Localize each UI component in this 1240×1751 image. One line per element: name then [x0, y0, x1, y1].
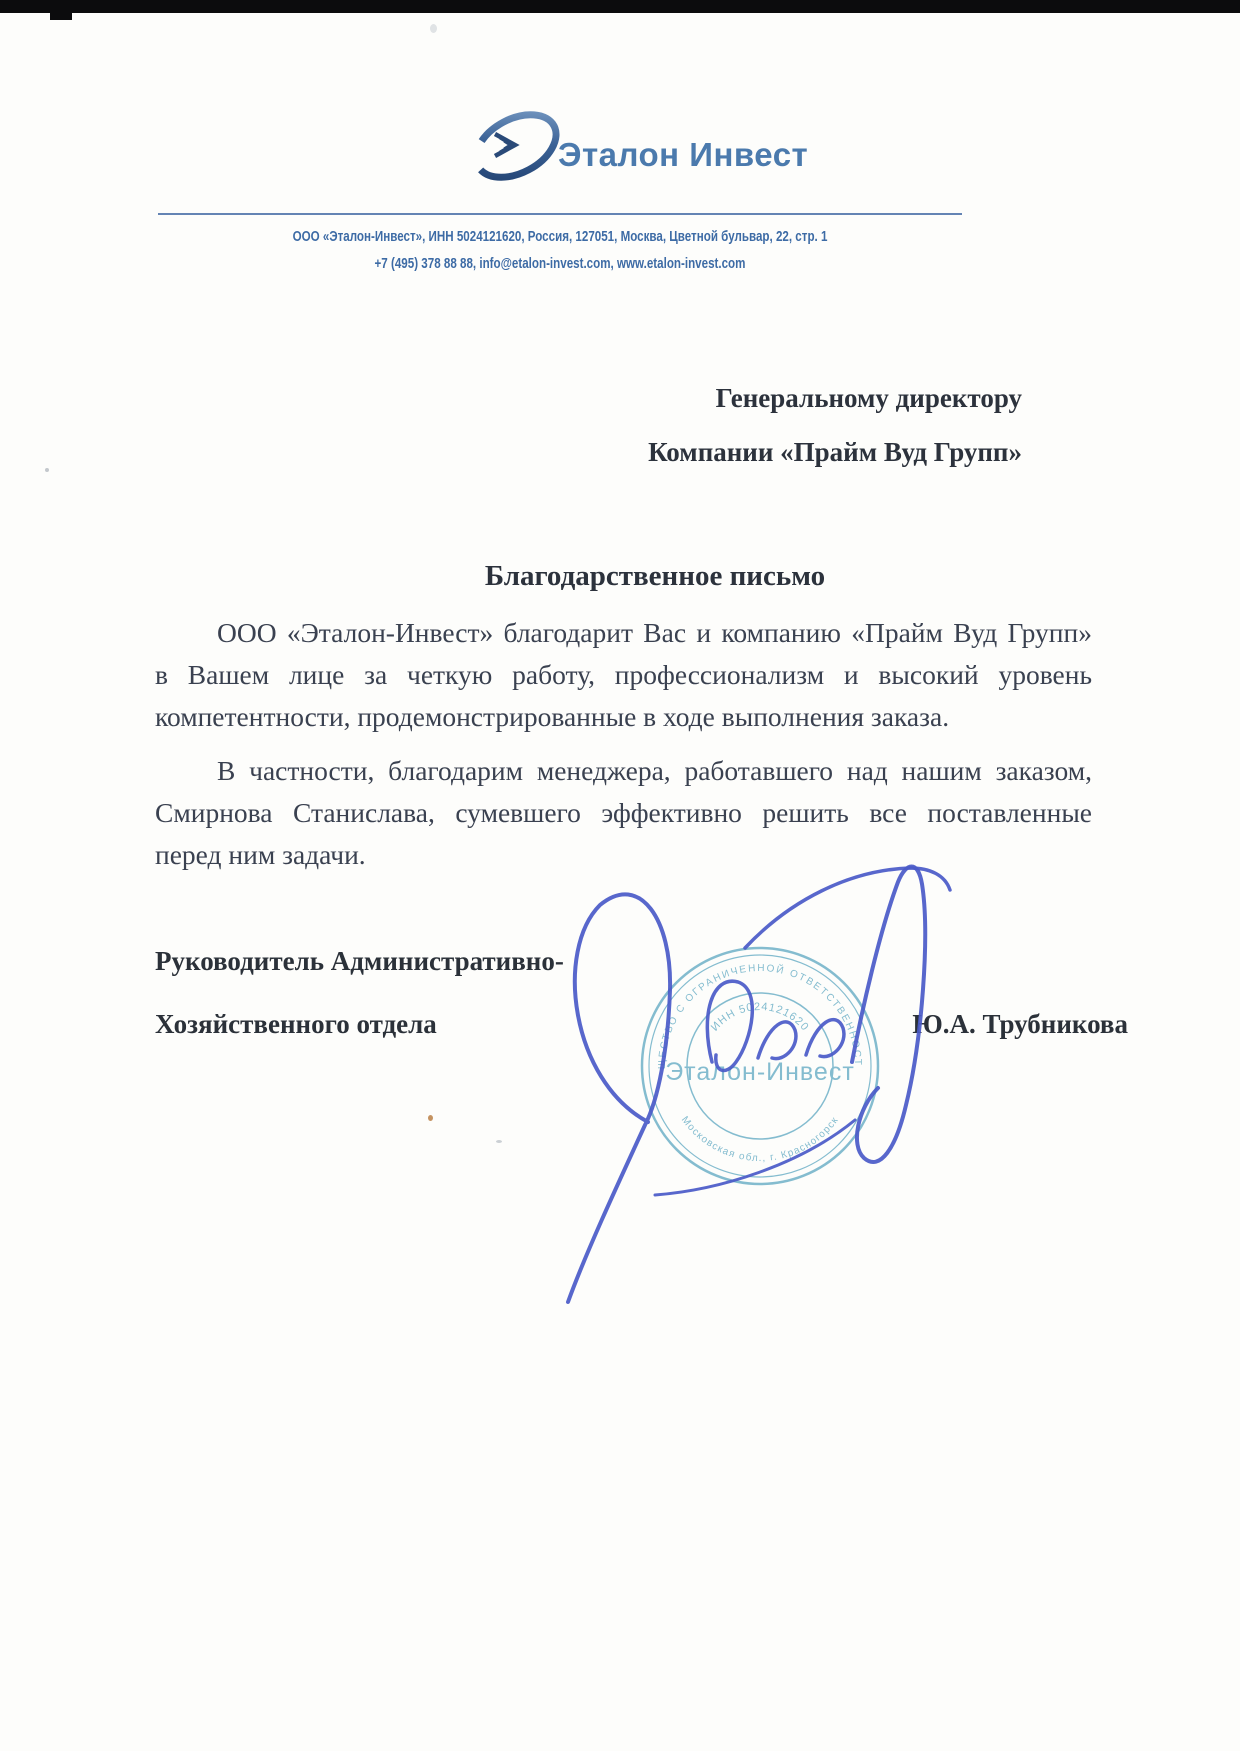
scanner-edge-notch [50, 13, 72, 20]
letter-line: ООО «Эталон-Инвест» благодарит Вас и ком… [155, 612, 1092, 654]
letter-paragraph: ООО «Эталон-Инвест» благодарит Вас и ком… [155, 612, 1092, 738]
letter-line: Смирнова Станислава, сумевшего эффективн… [155, 792, 1092, 834]
signoff-role-line1: Руководитель Административно- [155, 944, 564, 978]
logo-brand-text: Эталон Инвест [558, 136, 808, 174]
handwritten-signature [528, 838, 998, 1318]
company-phone-line: +7 (495) 378 88 88, info@etalon-invest.c… [160, 251, 960, 278]
addressee-block: Генеральному директору Компании «Прайм В… [420, 382, 1022, 468]
scanned-letter-page: Эталон Инвест ООО «Эталон-Инвест», ИНН 5… [0, 0, 1240, 1751]
scan-speck [428, 1115, 433, 1121]
addressee-title: Генеральному директору [420, 382, 1022, 414]
scan-speck [430, 24, 437, 33]
letter-line: компетентности, продемонстрированные в х… [155, 696, 1092, 738]
scan-speck [45, 468, 49, 472]
etalon-logo-icon [462, 98, 570, 194]
scan-speck [496, 1140, 502, 1143]
letter-title: Благодарственное письмо [120, 558, 1190, 594]
company-address-line: ООО «Эталон-Инвест», ИНН 5024121620, Рос… [160, 224, 960, 251]
letterhead-divider [158, 213, 962, 215]
addressee-company: Компании «Прайм Вуд Групп» [420, 436, 1022, 468]
letter-line: в Вашем лице за четкую работу, профессио… [155, 654, 1092, 696]
scanner-edge-bar [0, 0, 1240, 13]
letter-line: В частности, благодарим менеджера, работ… [155, 750, 1092, 792]
letterhead-contacts: ООО «Эталон-Инвест», ИНН 5024121620, Рос… [160, 224, 960, 278]
signoff-role-line2: Хозяйственного отдела [155, 1007, 437, 1041]
